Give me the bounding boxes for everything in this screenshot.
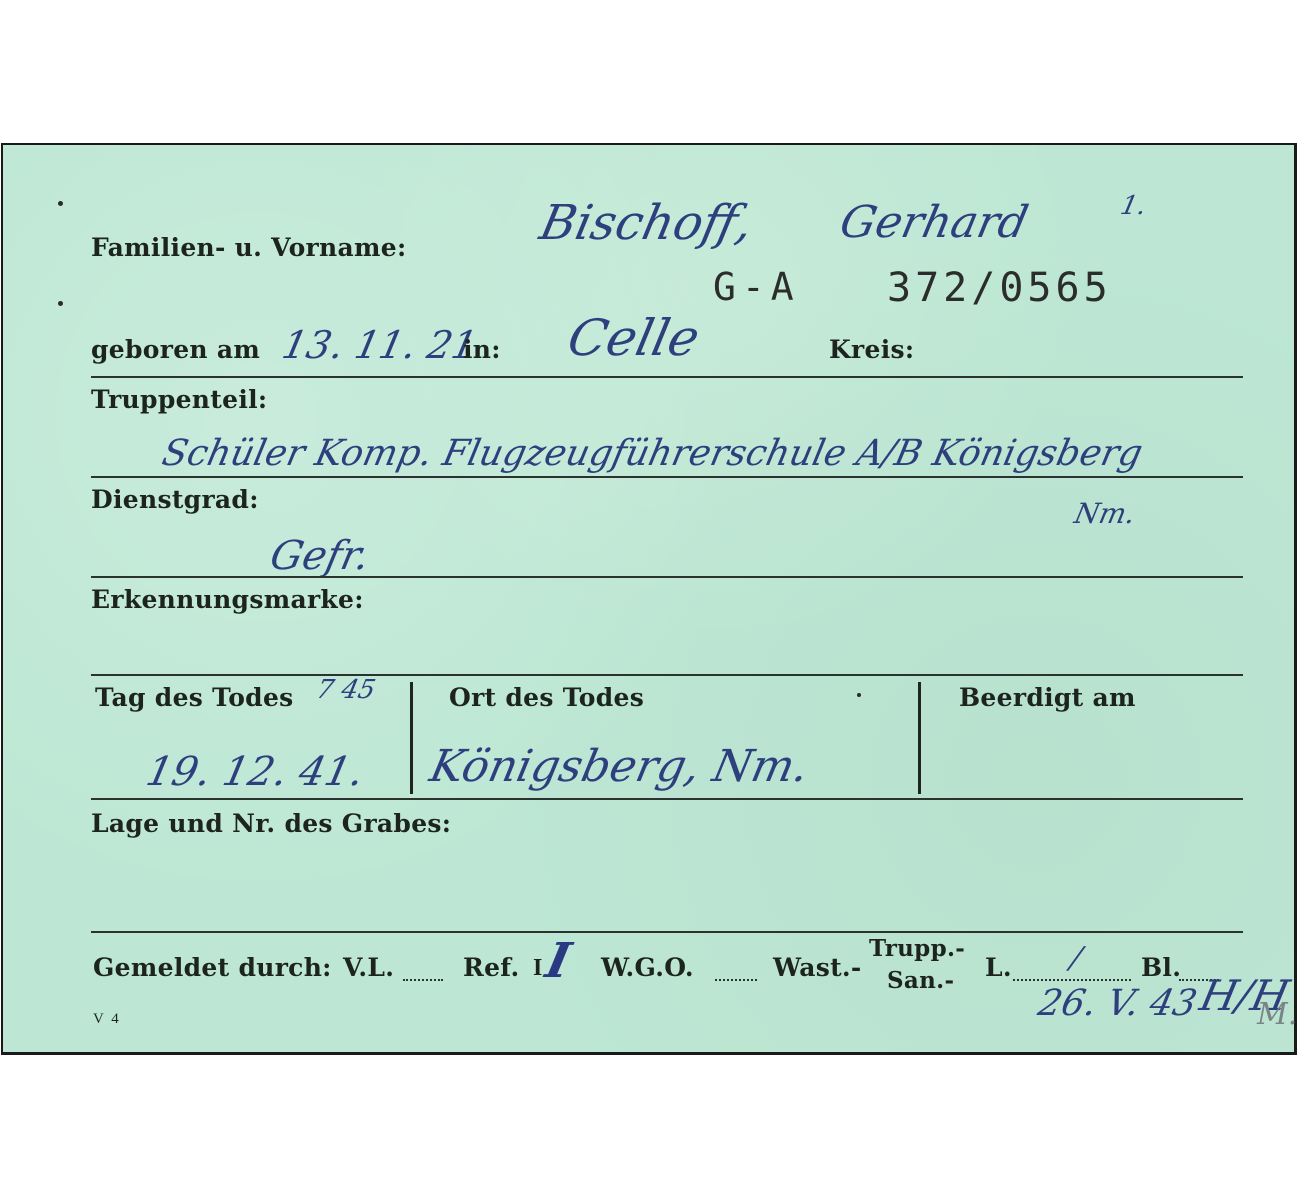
death-date-value: 19. 12. 41.: [142, 749, 368, 795]
death-date-label: Tag des Todes: [95, 683, 294, 712]
unit-value-line2: Nm.: [1071, 497, 1138, 530]
vl-label: V.L.: [343, 953, 394, 982]
grave-label: Lage und Nr. des Grabes:: [91, 809, 451, 838]
birth-place-label: in:: [463, 335, 501, 364]
name-mark: 1.: [1118, 191, 1149, 221]
unit-value: Schüler Komp. Flugzeugführerschule A/B K…: [159, 433, 1146, 474]
report-date-note: 26. V. 43: [1035, 983, 1201, 1024]
burial-date-label: Beerdigt am: [959, 683, 1136, 712]
ref-value: I: [533, 955, 542, 982]
wgo-dots: [715, 979, 757, 981]
ref-handwritten: I: [541, 933, 575, 989]
identity-tag-label: Erkennungsmarke:: [91, 585, 364, 614]
wast-label: Wast.-: [773, 953, 862, 982]
line-rank: [91, 576, 1243, 578]
birth-date-value: 13. 11. 21: [278, 323, 481, 367]
speck-mid: [857, 693, 861, 697]
form-code: V 4: [93, 1011, 121, 1028]
punch-mark-top: [58, 201, 63, 206]
l-label: L.: [985, 953, 1012, 982]
death-date-annotation: 7 45: [314, 675, 378, 705]
divider-burial: [918, 682, 921, 794]
district-label: Kreis:: [829, 335, 914, 364]
punch-mark-bottom: [58, 301, 63, 306]
death-place-label: Ort des Todes: [449, 683, 644, 712]
death-place-value: Königsberg, Nm.: [426, 741, 814, 792]
name-label: Familien- u. Vorname:: [91, 233, 406, 262]
line-grave: [91, 931, 1243, 933]
vl-dots: [403, 979, 443, 981]
birth-place-value: Celle: [563, 309, 705, 367]
surname-value: Bischoff,: [535, 195, 758, 251]
death-record-card: Familien- u. Vorname: Bischoff, Gerhard …: [1, 143, 1297, 1055]
reference-number: 372/0565: [887, 265, 1112, 311]
pencil-mark: M.: [1257, 997, 1297, 1032]
line-death: [91, 798, 1243, 800]
l-dots: [1013, 979, 1131, 981]
trupp-label: Trupp.-: [869, 935, 965, 962]
reference-prefix: G-A: [713, 265, 800, 309]
line-identity-tag: [91, 674, 1243, 676]
rank-value: Gefr.: [266, 533, 374, 579]
given-name-value: Gerhard: [836, 197, 1033, 248]
line-birth: [91, 376, 1243, 378]
unit-label: Truppenteil:: [91, 385, 267, 414]
rank-label: Dienstgrad:: [91, 485, 259, 514]
bl-label: Bl.: [1141, 953, 1181, 982]
wgo-label: W.G.O.: [601, 953, 694, 982]
ref-label: Ref.: [463, 953, 519, 982]
san-label: San.-: [887, 967, 954, 994]
birth-date-label: geboren am: [91, 335, 260, 364]
reported-label: Gemeldet durch:: [93, 953, 332, 982]
divider-death-place: [410, 682, 413, 794]
line-unit: [91, 476, 1243, 478]
l-value: /: [1067, 941, 1085, 976]
